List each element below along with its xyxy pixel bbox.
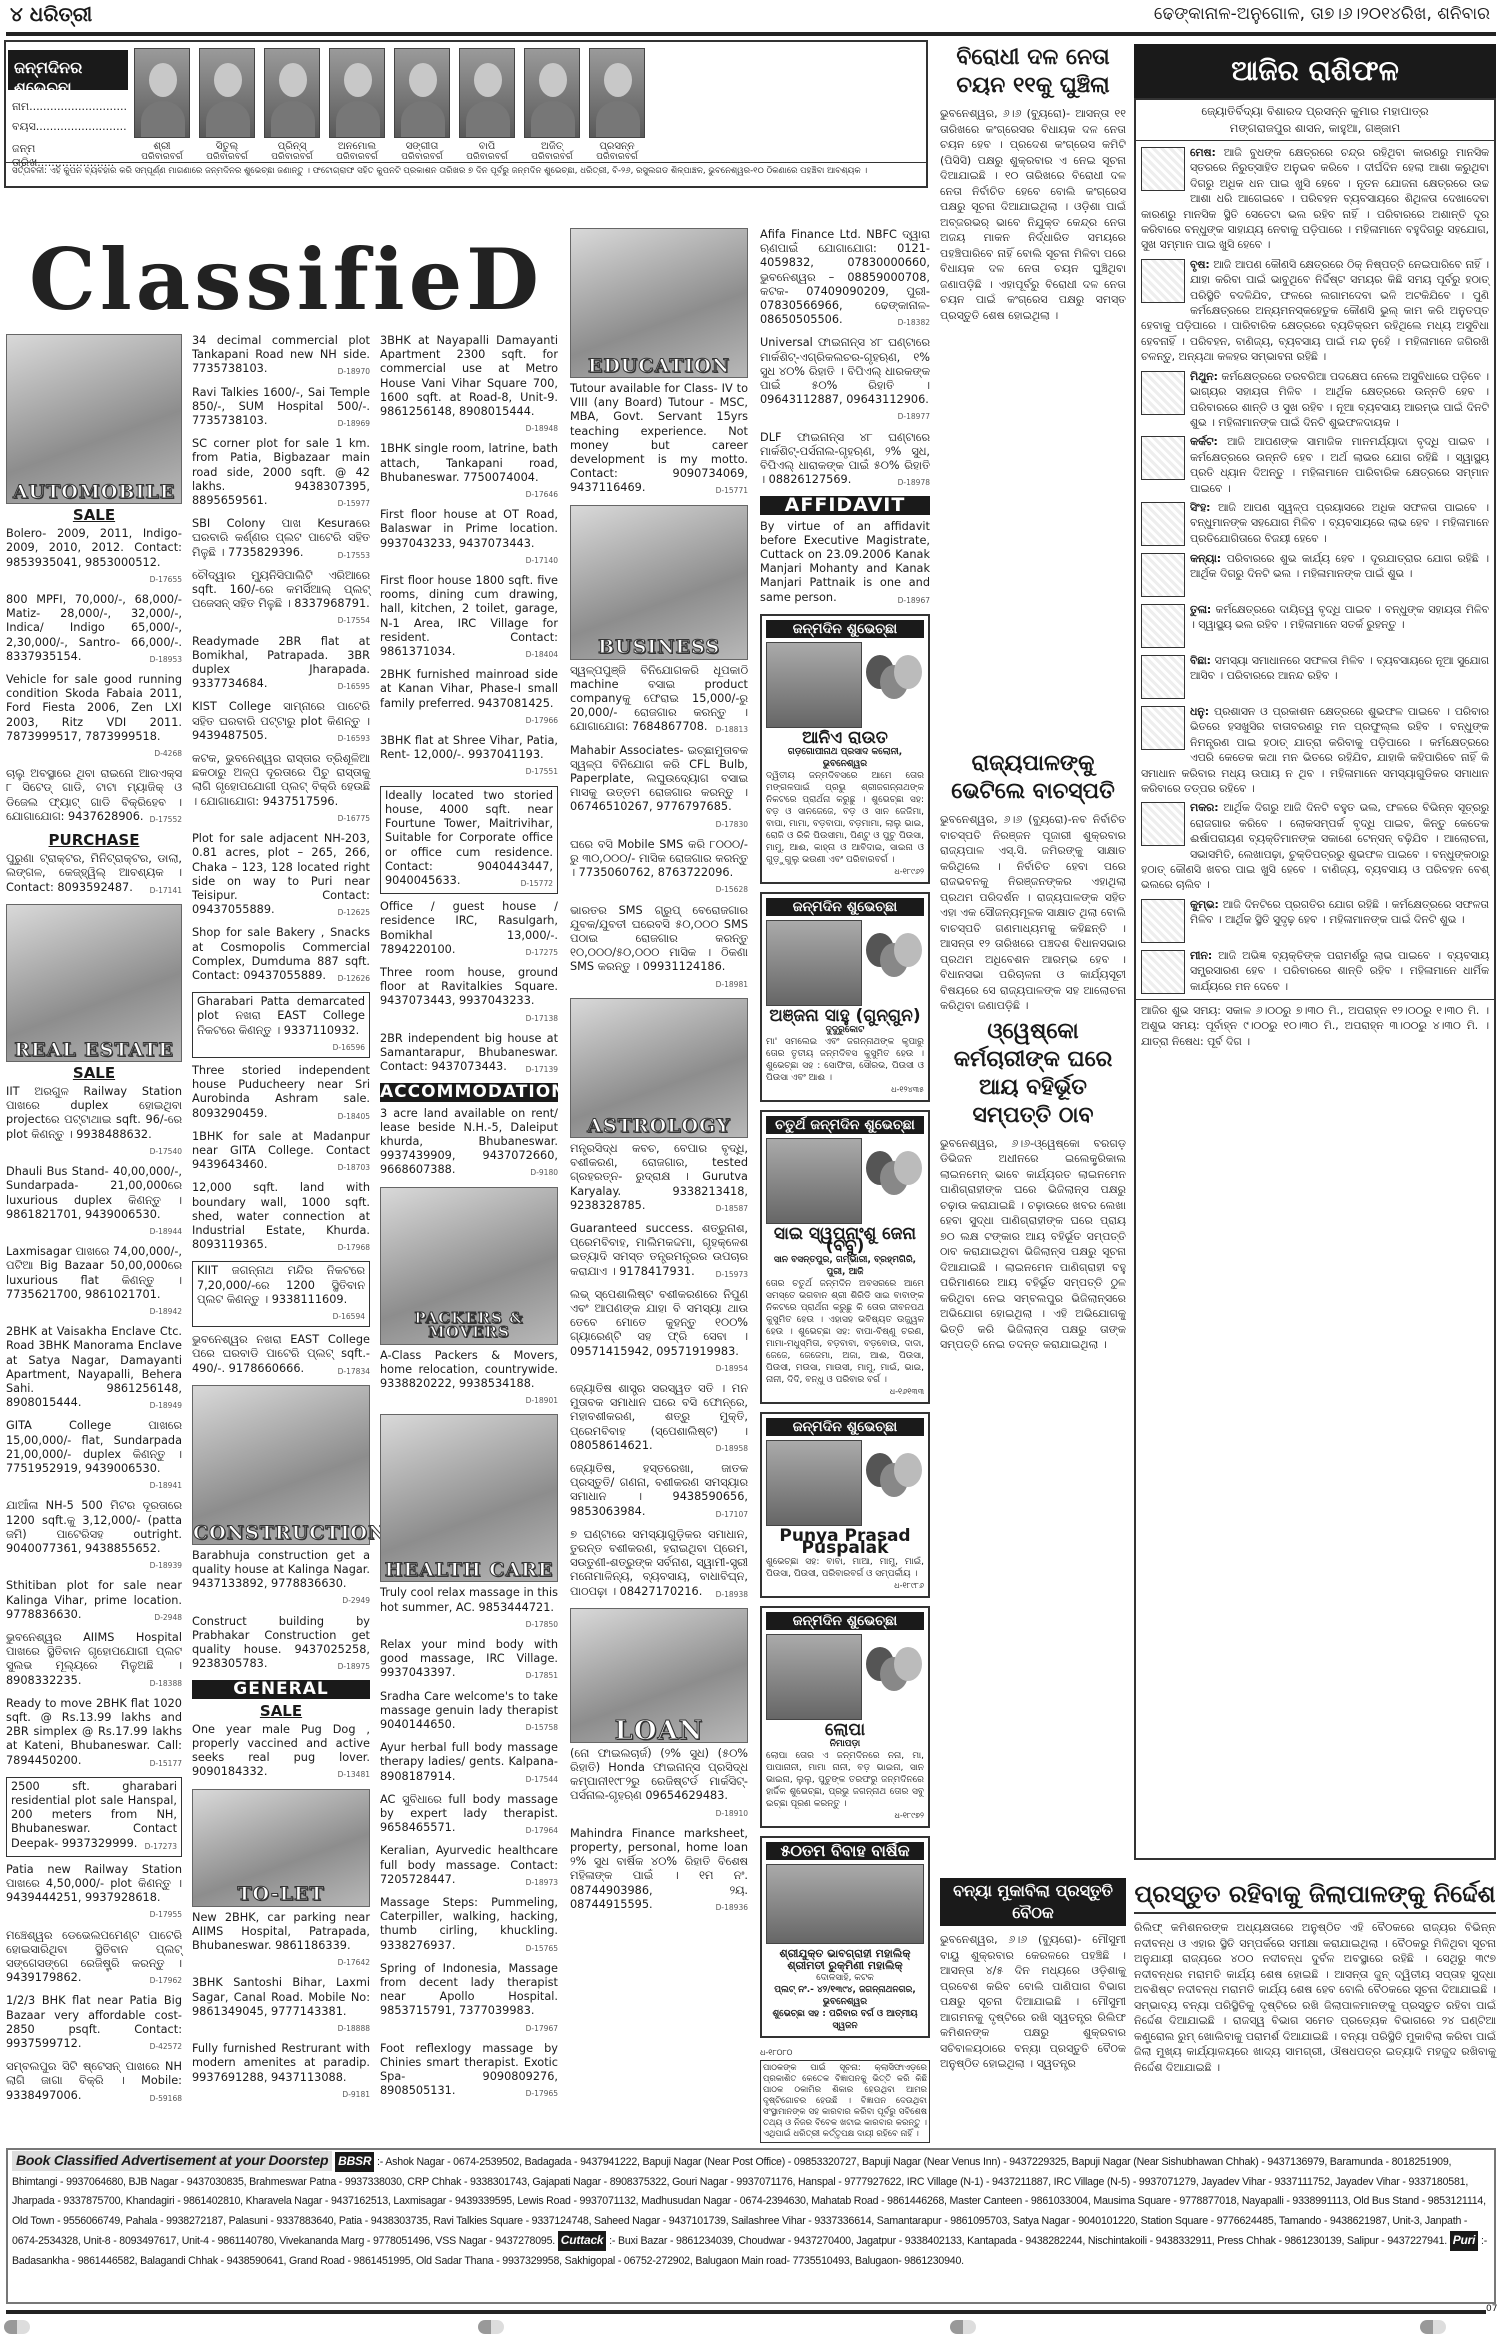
classified-ad: 3BHK at Nayapalli Damayanti Apartment 23… (380, 334, 558, 436)
headline-collectors-directive: ପ୍ରସ୍ତୁତ ରହିବାକୁ ଜିଲାପାଳଙ୍କୁ ନିର୍ଦ୍ଦେଶ (1134, 1876, 1496, 1914)
classified-ad: 3 acre land available on rent/ lease bes… (380, 1107, 558, 1181)
classified-ad: ଜ୍ୟୋତିଷ ଶାସ୍ତ୍ର ସରସ୍ୱତ ସତି । ମନ ମୁତାବକ ସ… (570, 1382, 748, 1456)
rashi-entry: ମେଷ: ଆଜି ବୁଧଙ୍କ କ୍ଷେତ୍ରରେ ଚନ୍ଦ୍ର ରହିଥିବା… (1136, 145, 1494, 253)
photo-family: ପରିବାରବର୍ଗ (524, 152, 580, 162)
portrait-photo (459, 48, 515, 138)
birthday-photo-card: ଅଜିତ୍ପରିବାରବର୍ଗ (524, 48, 580, 162)
rashi-entry: ମକର: ଆର୍ଥିକ ଦିଗରୁ ଆଜି ଦିନଟି ବହୁତ ଭଲ, ଫଳର… (1136, 800, 1494, 892)
classified-ad: Spring of Indonesia, Massage from decent… (380, 1962, 558, 2036)
child-photo (766, 642, 862, 728)
classified-ad: ଭୁବନେଶ୍ୱର AIIMS Hospital ପାଖରେ ସ୍ଥିତିବାନ… (6, 1631, 182, 1691)
ad-text: 2BHK furnished mainroad side at Kanan Vi… (380, 668, 558, 709)
rashi-name: ମକର: (1190, 801, 1219, 814)
ad-text: First floor house at OT Road, Balaswar i… (380, 508, 558, 549)
ad-code: D-9180 (530, 1166, 558, 1180)
anniversary-address: ପ୍ଲଟ୍ ନଂ.- ୪୨/୧୩୯୪, ଜଗନ୍ନାଥନଗର, ଭୁବନେଶ୍ୱ… (766, 1984, 924, 2008)
ad-code: D-18948 (526, 422, 558, 436)
classified-ad: Office / guest house / residence IRC, Ra… (380, 900, 558, 960)
balloons-icon (866, 655, 924, 715)
wish-name: ଅଞ୍ଜନା ସାହୁ (ଗୁନ୍‌ଗୁନ) (766, 1010, 924, 1022)
ad-text: (ନୋ ଫାଇଲଚାର୍ଜ) (୨% ସୁଧ) (୫୦% ରିହାତି) Hon… (570, 1747, 748, 1803)
classified-ad: First floor house 1800 sqft. five rooms,… (380, 574, 558, 662)
photo-name: ସଙ୍ଗୀତା (394, 141, 450, 152)
couple-photo (766, 1864, 924, 1944)
ad-code: D-17141 (150, 884, 182, 898)
rashi-text: କର୍ମକ୍ଷେତ୍ରରେ ଦାୟିତ୍ୱ ବୃଦ୍ଧି ପାଇବ । ବନ୍ଧ… (1190, 603, 1489, 631)
birthday-coupon: ଜନ୍ମଦିନର ଶୁଭେଚ୍ଛା ନାମ...................… (4, 40, 928, 188)
zodiac-sign-icon (1141, 553, 1185, 597)
ad-code: D-16593 (338, 732, 370, 746)
classified-ad: Plot for sale adjacent NH-203, 0.81 acre… (192, 832, 370, 920)
rashi-entry: ବୃଷ: ଆଜି ଆପଣ କୌଣସି କ୍ଷେତ୍ରରେ ଠିକ୍ ନିଷ୍ପତ… (1136, 257, 1494, 365)
classified-ad: Ayur herbal full body massage therapy la… (380, 1741, 558, 1787)
classified-ad: 2BHK at Vaisakha Enclave Ctc. Road 3BHK … (6, 1325, 182, 1413)
education-label: EDUCATION (571, 359, 747, 373)
top-rule (6, 32, 1496, 36)
anniversary-box: ୫୦ତମ ବିବାହ ବାର୍ଷିକ ଶ୍ରୀଯୁକ୍ତ ଭାବଗ୍ରାହୀ ମ… (760, 1836, 930, 2038)
classified-ad: Universal ଫାଇନାନ୍ସ ୪୮ ଘଣ୍ଟାରେ ମାର୍କଶିଟ୍-… (760, 336, 930, 424)
wish-title: ଚତୁର୍ଥ ଜନ୍ମଦିନ ଶୁଭେଚ୍ଛା (766, 1116, 924, 1134)
packers-image: PACKERS & MOVERS (380, 1187, 558, 1345)
classified-ad: ଭୁବନେଶ୍ୱର ନଖରା EAST College ପରେ ଘରବାଡି ପ… (192, 1333, 370, 1379)
rashi-name: ତୁଳା: (1190, 603, 1211, 616)
ad-code: D-17965 (526, 2087, 558, 2101)
ad-text: 3BHK Santoshi Bihar, Laxmi Sagar, Canal … (192, 1976, 370, 2017)
balloons-icon (866, 933, 924, 993)
birthday-photos: ଶ୍ରୀପରିବାରବର୍ଗସିତୁଲ୍ପରିବାରବର୍ଗପ୍ରିନ୍ସ୍ପର… (134, 48, 645, 162)
photo-family: ପରିବାରବର୍ଗ (134, 152, 190, 162)
ad-text: Spring of Indonesia, Massage from decent… (380, 1962, 558, 2018)
ad-code: D-18969 (338, 417, 370, 431)
birthday-photo-card: ଶ୍ରୀପରିବାରବର୍ଗ (134, 48, 190, 162)
rashi-text: ଆଜି ଆପଣ ସ୍ୱଳ୍ପ ପ୍ରୟାସରେ ଅଧିକ ସଫଳତା ପାଇବେ… (1190, 501, 1489, 545)
classified-ad: 1BHK for sale at Madanpur near GITA Coll… (192, 1130, 370, 1176)
classified-ad: Relax your mind body with good massage, … (380, 1638, 558, 1684)
classified-ad: One year male Pug Dog , properly vaccine… (192, 1723, 370, 1783)
classified-ad: New 2BHK, car parking near AIIMS Hospita… (192, 1911, 370, 1971)
zodiac-sign-icon (1141, 655, 1185, 699)
automobile-image: AUTOMOBILE (6, 334, 182, 504)
classified-ad: 12,000 sqft. land with boundary wall, 10… (192, 1181, 370, 1255)
ad-text: 3BHK at Nayapalli Damayanti Apartment 23… (380, 334, 558, 418)
dateline: ଢେଙ୍କାନାଳ-ଅନୁଗୋଳ, ତା୭।୬।୨୦୧୪ରିଖ, ଶନିବାର (1154, 4, 1490, 24)
rashi-text: ଆଜି ଅଭିଜ୍ଞ ବ୍ୟକ୍ତିଙ୍କ ପରାମର୍ଶରୁ ଲାଭ ପାଇବ… (1190, 949, 1489, 993)
story-wesco: ଭୁବନେଶ୍ୱର, ୬।୬-ଓ୍ୱେଷ୍କୋ ବରଗଡ଼ ଡିଭିଜନ ଅଧୀ… (940, 1136, 1126, 1806)
ad-text: Tutour available for Class- IV to VIII (… (570, 382, 748, 494)
classified-ad: IIT ଅରଗୁଳ Railway Station ପାଖରେ duplex ହ… (6, 1085, 182, 1159)
classified-ad: Tutour available for Class- IV to VIII (… (570, 382, 748, 499)
ad-text: Bolero- 2009, 2011, Indigo- 2009, 2010, … (6, 527, 182, 568)
classified-ad: 3BHK Santoshi Bihar, Laxmi Sagar, Canal … (192, 1976, 370, 2036)
ad-code: D-17138 (526, 1012, 558, 1026)
ad-text: Barabhuja construction get a quality hou… (192, 1549, 370, 1590)
ad-code: D-17139 (526, 1063, 558, 1077)
rashi-entry: ତୁଳା: କର୍ମକ୍ଷେତ୍ରରେ ଦାୟିତ୍ୱ ବୃଦ୍ଧି ପାଇବ … (1136, 602, 1494, 649)
sale-heading-2: SALE (6, 1066, 182, 1080)
column-finance-wishes: Afifa Finance Ltd. NBFC ଦ୍ୱାରା ଋଣପାଇଁ ଯୋ… (760, 228, 930, 2143)
ad-code: D-4268 (154, 747, 182, 761)
ad-code: D-17830 (716, 818, 748, 832)
page-number: 07 (1486, 2304, 1497, 2314)
birthday-wish-box: ଜନ୍ମଦିନ ଶୁଭେଚ୍ଛାPunya Prasad Puspalakଶୁଭ… (760, 1412, 930, 1598)
masthead: ୪ ଧରିତ୍ରୀ ଢେଙ୍କାନାଳ-ଅନୁଗୋଳ, ତା୭।୬।୨୦୧୪ରି… (6, 0, 1494, 34)
classified-ad: ଯାଆଁଳା NH-5 500 ମିଟର ଦୂରତାରେ 1200 sqft.କ… (6, 1499, 182, 1573)
anniversary-wish: ଶୁଭେଚ୍ଛା ସହ : ପରିବାର ବର୍ଗ ଓ ଆତ୍ମୀୟ ସ୍ୱଜନ (766, 2008, 924, 2032)
classified-ad: Three room house, ground floor at Ravita… (380, 966, 558, 1026)
ad-code: D-17273 (145, 1840, 177, 1854)
ad-code: D-18967 (898, 594, 930, 608)
rashifal-byline: ଜ୍ୟୋତିର୍ବିଦ୍ୟା ବିଶାରଦ ପ୍ରସନ୍ନ କୁମାର ମହାପ… (1136, 100, 1494, 141)
ad-text: Mahabir Associates- ଇଚ୍ଛାମୁତାବକ ସ୍ୱଳ୍ପ ବ… (570, 744, 748, 814)
birthday-photo-card: ସଙ୍ଗୀତାପରିବାରବର୍ଗ (394, 48, 450, 162)
zodiac-sign-icon (1141, 259, 1185, 303)
ad-code: D-18978 (898, 476, 930, 490)
ad-code: D-12625 (338, 906, 370, 920)
ad-code: D-15758 (526, 1721, 558, 1735)
zodiac-sign-icon (1141, 899, 1185, 943)
ad-code: D-18404 (526, 648, 558, 662)
loan-label: LOAN (571, 1724, 747, 1738)
classified-ad: Shop for sale Bakery , Snacks at Cosmopo… (192, 926, 370, 986)
wish-title: ଜନ୍ମଦିନ ଶୁଭେଚ୍ଛା (766, 1418, 924, 1436)
ad-code: D-17540 (150, 1145, 182, 1159)
rashi-text: ଆଜି ଦିନଟିରେ ପ୍ରଗତିର ଯୋଗ ରହିଛି । କର୍ମକ୍ଷେ… (1190, 898, 1489, 926)
ad-code: D-18388 (150, 1677, 182, 1691)
healthcare-image: HEALTH CARE (380, 1414, 558, 1582)
ad-code: D-16594 (333, 1310, 365, 1324)
ad-code: D-17140 (526, 554, 558, 568)
construction-label: CONSTRUCTION (193, 1526, 369, 1540)
wish-message: ମା' ସମଲେଇ ଏବଂ ଜଗନ୍ନାଥଙ୍କ କୃପାରୁ ତୋର ତୃତୀ… (766, 1036, 924, 1084)
rashi-name: ଧନୁ: (1190, 705, 1209, 718)
wish-name: ସାଇ ସ୍ୱପ୍ନାଂଶୁ ଜେନା (ବବୁ) (766, 1228, 924, 1252)
child-photo (766, 1634, 862, 1720)
classified-ad: Guaranteed success. ଶତ୍ରୁନାଶ, ପ୍ରେମବିବାହ… (570, 1222, 748, 1282)
headline-wesco: ଓ୍ୱେଷ୍କୋ କର୍ମଚାରୀଙ୍କ ଘରେ ଆୟ ବହିର୍ଭୂତ ସମ୍… (940, 1018, 1126, 1130)
ad-code: D-15177 (150, 1757, 182, 1771)
classified-ad: ଭାରତର SMS ଗ୍ରୁପ୍ ବେରୋଜଗାର ଯୁବକ/ଯୁବତୀ ଘରେ… (570, 904, 748, 992)
classified-ad: ଲଭ୍ ସ୍ପେଶାଲିଷ୍ଟ ବଶୀକରଣରେ ନିପୁଣ ଏବଂ ଆପଣଙ୍… (570, 1288, 748, 1376)
ad-code: D-17851 (526, 1669, 558, 1683)
classified-ad: କଟକ, ଭୁବନେଶ୍ୱର ରାସ୍ତାର ତ୍ରିଶୂଳିଆ ଛକଠାରୁ … (192, 752, 370, 826)
classified-ad: 3BHK flat at Shree Vihar, Patia, Rent- 1… (380, 734, 558, 780)
rashi-name: କର୍କଟ: (1190, 435, 1218, 448)
bottom-rule (6, 2310, 1486, 2314)
ad-code: D-17642 (338, 1956, 370, 1970)
ad-text: ଚୌଦ୍ୱାର ମ୍ୟୁନିସିପାଲିଟି ଏରିଆରେ sqft. 160/… (192, 569, 370, 610)
ad-code: D-17655 (150, 573, 182, 587)
ad-code: D-15765 (526, 1942, 558, 1956)
ad-code: D-18977 (898, 410, 930, 424)
classified-ad: DLF ଫାଇନାନ୍ସ ୪୮ ଘଣ୍ଟାରେ ମାର୍କଶିଟ୍-ପର୍ସନା… (760, 431, 930, 491)
wish-name: Punya Prasad Puspalak (766, 1530, 924, 1554)
birthday-photo-card: ପ୍ରସନ୍ନପରିବାରବର୍ଗ (589, 48, 645, 162)
rashi-entry: ମିଥୁନ: କର୍ମକ୍ଷେତ୍ରରେ ତରବରିଆ ପଦକ୍ଷେପ ନେଲେ… (1136, 369, 1494, 431)
classified-ad: Barabhuja construction get a quality hou… (192, 1549, 370, 1609)
portrait-photo (134, 48, 190, 138)
ad-code: D-15772 (521, 877, 553, 891)
wish-place: ସାନ ବସନ୍ତପୁର, ଗମ୍ଭାରୀ, ବ୍ରହ୍ମଗିରି, ପୁରୀ,… (766, 1254, 924, 1278)
ad-code: D-18901 (526, 1394, 558, 1408)
sale-heading: SALE (6, 508, 182, 522)
ad-text: KIIT ଜଗନ୍ନାଥ ମନ୍ଦିର ନିକଟରେ 7,20,000/-ରେ … (197, 1264, 365, 1305)
realestate-label: REAL ESTATE (7, 1043, 181, 1057)
child-photo (766, 920, 862, 1006)
photo-name: ଶ୍ରୀ (134, 141, 190, 152)
headline-opposition-leader: ବିରୋଧୀ ଦଳ ନେତା ଚୟନ ୧୧କୁ ଘୁଞ୍ଚିଲା (940, 44, 1126, 100)
business-label: BUSINESS (571, 640, 747, 654)
classified-ad: Three storied independent house Puduchee… (192, 1064, 370, 1124)
classified-ad: SC corner plot for sale 1 km. from Patia… (192, 437, 370, 511)
ad-text: Gharabari Patta demarcated plot ନଖରା EAS… (197, 995, 365, 1036)
classified-ad: Sthitiban plot for sale near Kalinga Vih… (6, 1579, 182, 1625)
classified-ad: KIIT ଜଗନ୍ନାଥ ମନ୍ଦିର ନିକଟରେ 7,20,000/-ରେ … (192, 1261, 370, 1327)
ad-text: GITA College ପାଖରେ 15,00,000/- flat, Sun… (6, 1419, 182, 1475)
astrology-image: ASTROLOGY (570, 998, 748, 1138)
page-label: ୪ ଧରିତ୍ରୀ (10, 2, 92, 26)
ad-code: D-18703 (338, 1161, 370, 1175)
classified-ad: KIST College ସାମ୍ନାରେ ପାଟେରି ସହିତ ଘରବାରି… (192, 700, 370, 746)
ad-text: ଭାରତର SMS ଗ୍ରୁପ୍ ବେରୋଜଗାର ଯୁବକ/ଯୁବତୀ ଘରେ… (570, 904, 748, 974)
ad-code: D-17955 (150, 1908, 182, 1922)
wish-code: ଧ-୧୮୯୭୨ (766, 1810, 924, 1822)
city-label: Cuttack (558, 2231, 607, 2251)
rashi-name: ମେଷ: (1190, 146, 1216, 159)
ad-code: D-15628 (716, 883, 748, 897)
ad-code: D-17107 (716, 1508, 748, 1522)
ad-text: Fully furnished Restrurant with modern a… (192, 2042, 370, 2083)
loan-image: LOAN (570, 1608, 748, 1743)
classified-ad: ଘରେ ବସି Mobile SMS କରି ୮୦୦୦/- ରୁ ୩୦,୦୦୦/… (570, 838, 748, 898)
ad-code: D-17275 (526, 946, 558, 960)
news-column: ବିରୋଧୀ ଦଳ ନେତା ଚୟନ ୧୧କୁ ଘୁଞ୍ଚିଲା ଭୁବନେଶ୍… (940, 40, 1126, 1806)
zodiac-sign-icon (1141, 502, 1185, 546)
city-entries: Buxi Bazar - 9861234039, Choudwar - 9437… (618, 2235, 1447, 2247)
registration-marks (0, 2320, 1500, 2339)
rashi-text: ଆଜି ଆପଣ କୌଣସି କ୍ଷେତ୍ରରେ ଠିକ୍ ନିଷ୍ପତ୍ତି ନ… (1141, 258, 1489, 363)
classified-ad: Sradha Care welcome's to take massage ge… (380, 1690, 558, 1736)
rashi-entry: କନ୍ୟା: ପରିବାରରେ ଶୁଭ କାର୍ଯ୍ୟ ହେବ । ଦୂରଯାତ… (1136, 551, 1494, 598)
story-collectors-directive: ରିଲିଫ୍ କମିଶନରଙ୍କ ଅଧ୍ୟକ୍ଷତାରେ ଅନୁଷ୍ଠିତ ଏହ… (1134, 1920, 1496, 2075)
rashi-text: ଆଜି ବୁଧଙ୍କ କ୍ଷେତ୍ରରେ ଚନ୍ଦ୍ର ରହିଥିବା କାରଣ… (1141, 146, 1489, 251)
rashi-text: ଆଜି ଆପଣଙ୍କ ସାମାଜିକ ମାନମର୍ଯ୍ୟାଦା ବୃଦ୍ଧି ପ… (1190, 435, 1489, 494)
classified-ad: 34 decimal commercial plot Tankapani Roa… (192, 334, 370, 380)
ad-code: D-18954 (716, 1362, 748, 1376)
classified-ad: ମନ୍ତ୍ରସିଦ୍ଧ କବଚ, ବେପାର ବୃଦ୍ଧି, ବଶୀକରଣ, ର… (570, 1142, 748, 1216)
city-label: BBSR (335, 2152, 374, 2172)
classified-ad: ଜ୍ୟୋତିଷ, ହସ୍ତରେଖା, ଜାତକ ପ୍ରସ୍ତୁତି/ ଗଣନା,… (570, 1462, 748, 1522)
rashi-name: କୁମ୍ଭ: (1190, 898, 1219, 911)
tolet-label: TO-LET (193, 1887, 369, 1901)
classified-ad: Ready to move 2BHK flat 1020 sqft. @ Rs.… (6, 1697, 182, 1771)
classified-ad: Patia new Railway Station ପାଖରେ 4,50,000… (6, 1863, 182, 1923)
wish-title: ଜନ୍ମଦିନ ଶୁଭେଚ୍ଛା (766, 898, 924, 916)
flood-story-left: ବନ୍ୟା ମୁକାବିଲା ପ୍ରସ୍ତୁତି ବୈଠକ ଭୁବନେଶ୍ୱର,… (940, 1874, 1126, 2072)
ad-code: D-17554 (338, 614, 370, 628)
photo-family: ପରିବାରବର୍ଗ (199, 152, 255, 162)
birthday-photo-card: ସିତୁଲ୍ପରିବାରବର୍ଗ (199, 48, 255, 162)
ad-code: D-17553 (338, 549, 370, 563)
ad-code: D-16595 (338, 680, 370, 694)
photo-family: ପରିବାରବର୍ଗ (264, 152, 320, 162)
accommodation-heading: ACCOMMODATION (380, 1083, 558, 1101)
wish-place: ନିମାପଡ଼ା (766, 1738, 924, 1750)
photo-name: ଅନମୋଲ (329, 141, 385, 152)
ad-code: D-15771 (716, 484, 748, 498)
wish-code: ଧ-୧୨୪୩୫ (766, 1084, 924, 1096)
ad-code: D-17966 (526, 714, 558, 728)
ad-text: First floor house 1800 sqft. five rooms,… (380, 574, 558, 658)
ad-code: D-18953 (150, 653, 182, 667)
ad-text: By virtue of an affidavit before Executi… (760, 520, 930, 604)
ad-code: D-17967 (526, 2022, 558, 2036)
ad-code: D-16596 (333, 1041, 365, 1055)
ad-code: D-18813 (716, 723, 748, 737)
photo-name: ପ୍ରସନ୍ନ (589, 141, 645, 152)
classified-ad: Dhauli Bus Stand- 40,00,000/-, Sundarpad… (6, 1165, 182, 1239)
ad-text: 3BHK flat at Shree Vihar, Patia, Rent- 1… (380, 734, 558, 761)
birthday-photo-card: ବାପିପରିବାରବର୍ଗ (459, 48, 515, 162)
ad-text: Patia new Railway Station ପାଖରେ 4,50,000… (6, 1863, 182, 1904)
classified-ad: Massage Steps: Pummeling, Caterpiller, w… (380, 1896, 558, 1956)
ad-code: D-13481 (338, 1768, 370, 1782)
ad-code: D-17962 (150, 1974, 182, 1988)
zodiac-sign-icon (1141, 802, 1185, 846)
education-image: EDUCATION (570, 228, 748, 378)
classified-ad: ସମ୍ବଲପୁର ସିଟି ଷ୍ଟେସନ୍ ପାଖରେ NH ଲାଗି ଜାଗା… (6, 2060, 182, 2106)
ad-code: D-18958 (716, 1442, 748, 1456)
reader-disclaimer: ପାଠକଙ୍କ ପାଇଁ ସୂଚନା: କ୍ଲାସିଫାଏଡ଼ରେ ପ୍ରକାଶ… (760, 2060, 930, 2143)
coupon-title: ଜନ୍ମଦିନର ଶୁଭେଚ୍ଛା (8, 50, 128, 90)
story-speaker-governor: ଭୁବନେଶ୍ୱର, ୬।୬ (ବ୍ୟୁରୋ)-ନବ ନିର୍ବାଚିତ ବାଚ… (940, 812, 1126, 1014)
ad-code: D-18382 (898, 316, 930, 330)
ad-code: D-2948 (154, 1611, 182, 1625)
ad-text: 2BHK at Vaisakha Enclave Ctc. Road 3BHK … (6, 1325, 182, 1409)
classified-ad: 1BHK single room, latrine, bath attach, … (380, 442, 558, 502)
ad-code: D-17544 (526, 1773, 558, 1787)
photo-name: ସିତୁଲ୍ (199, 141, 255, 152)
name-field: ନାମ............................ (12, 100, 128, 114)
classified-ad: SBI Colony ପାଖ Kesuraରେ ଘରବାରି କର୍ଣ୍ଣର ପ… (192, 517, 370, 563)
birthday-wish-box: ଚତୁର୍ଥ ଜନ୍ମଦିନ ଶୁଭେଚ୍ଛାସାଇ ସ୍ୱପ୍ନାଂଶୁ ଜେ… (760, 1110, 930, 1404)
rashi-entry: କର୍କଟ: ଆଜି ଆପଣଙ୍କ ସାମାଜିକ ମାନମର୍ଯ୍ୟାଦା ବ… (1136, 434, 1494, 496)
construction-image: CONSTRUCTION (192, 1385, 370, 1545)
zodiac-sign-icon (1141, 436, 1185, 480)
classified-ad: ପୁରୁଣା ଟ୍ରାକ୍ଟର, ମିନିଟ୍ରାକ୍ଟର, ଡାଲା, ଲଙ୍… (6, 852, 182, 898)
ad-code: D-17646 (526, 488, 558, 502)
rashi-text: ଆର୍ଥିକ ଦିଗରୁ ଆଜି ଦିନଟି ବହୁତ ଭଲ, ଫଳରେ ବିଭ… (1141, 801, 1489, 891)
ad-text: 1BHK single room, latrine, bath attach, … (380, 442, 558, 483)
astrologer-name: ଜ୍ୟୋତିର୍ବିଦ୍ୟା ବିଶାରଦ ପ୍ରସନ୍ନ କୁମାର ମହାପ… (1136, 103, 1494, 120)
rashi-name: ବିଛା: (1190, 654, 1211, 667)
zodiac-sign-icon (1141, 706, 1185, 750)
classified-ad: Fully furnished Restrurant with modern a… (192, 2042, 370, 2102)
ad-code: D-17850 (526, 1618, 558, 1632)
classified-ad: AC ସୁବିଧାରେ full body massage by expert … (380, 1793, 558, 1839)
city-entries: Badasankha - 9861446582, Balagandi Chhak… (12, 2255, 964, 2267)
classified-ad: GITA College ପାଖରେ 15,00,000/- flat, Sun… (6, 1419, 182, 1493)
ad-code: D-17968 (338, 1241, 370, 1255)
classified-ad: Gharabari Patta demarcated plot ନଖରା EAS… (192, 992, 370, 1058)
ad-text: ଲଭ୍ ସ୍ପେଶାଲିଷ୍ଟ ବଶୀକରଣରେ ନିପୁଣ ଏବଂ ଆପଣଙ୍… (570, 1288, 748, 1358)
portrait-photo (589, 48, 645, 138)
classified-ad: (ନୋ ଫାଇଲଚାର୍ଜ) (୨% ସୁଧ) (୫୦% ରିହାତି) Hon… (570, 1747, 748, 1821)
classified-ad: Mahabir Associates- ଇଚ୍ଛାମୁତାବକ ସ୍ୱଳ୍ପ ବ… (570, 744, 748, 832)
wish-photo-row (766, 1440, 924, 1526)
affidavit-heading: AFFIDAVIT (760, 496, 930, 514)
ad-code: D-18405 (338, 1110, 370, 1124)
rashi-entry: ସିଂହ: ଆଜି ଆପଣ ସ୍ୱଳ୍ପ ପ୍ରୟାସରେ ଅଧିକ ସଫଳତା… (1136, 500, 1494, 547)
general-sale-heading: SALE (192, 1704, 370, 1718)
ad-text: Dhauli Bus Stand- 40,00,000/-, Sundarpad… (6, 1165, 182, 1221)
ad-text: Truly cool relax massage in this hot sum… (380, 1586, 558, 1613)
photo-name: ପ୍ରିନ୍ସ୍ (264, 141, 320, 152)
ad-text: Laxmisagar ପାଖରେ 74,00,000/-, ପଟିଆ Big B… (6, 1245, 182, 1301)
portrait-photo (264, 48, 320, 138)
ad-text: Three room house, ground floor at Ravita… (380, 966, 558, 1007)
ad-text: ଯାଆଁଳା NH-5 500 ମିଟର ଦୂରତାରେ 1200 sqft.କ… (6, 1499, 182, 1555)
classified-ad: Laxmisagar ପାଖରେ 74,00,000/-, ପଟିଆ Big B… (6, 1245, 182, 1319)
rashifal-box: ଜ୍ୟୋତିର୍ବିଦ୍ୟା ବିଶାରଦ ପ୍ରସନ୍ନ କୁମାର ମହାପ… (1134, 98, 1496, 1860)
wish-photo-row (766, 1138, 924, 1224)
rashi-name: ବୃଷ: (1190, 258, 1210, 271)
ad-code: D-42572 (150, 2040, 182, 2054)
wish-name: ଲୋପା (766, 1724, 924, 1736)
birthday-wish-box: ଜନ୍ମଦିନ ଶୁଭେଚ୍ଛାଅଞ୍ଜନା ସାହୁ (ଗୁନ୍‌ଗୁନ)ଦୁ… (760, 892, 930, 1102)
packers-label: PACKERS & MOVERS (381, 1311, 557, 1339)
classified-ad: Vehicle for sale good running condition … (6, 673, 182, 761)
wish-place: ଗଡ଼ଗୋପୀନାଥ ପ୍ରସାଦ କଲୋନୀ, ଭୁବନେଶ୍ୱର (766, 746, 924, 770)
zodiac-sign-icon (1141, 950, 1185, 994)
rashi-name: ମିଥୁନ: (1190, 370, 1218, 383)
realestate-image: REAL ESTATE (6, 904, 182, 1062)
ad-code: D-18973 (526, 1876, 558, 1890)
classified-ad: A-Class Packers & Movers, home relocatio… (380, 1349, 558, 1409)
ad-code: D-18944 (150, 1225, 182, 1239)
ad-text: ଘରେ ବସି Mobile SMS କରି ୮୦୦୦/- ରୁ ୩୦,୦୦୦/… (570, 838, 748, 879)
ad-code: D-18941 (150, 1479, 182, 1493)
rashi-text: ପରିବାରରେ ଶୁଭ କାର୍ଯ୍ୟ ହେବ । ଦୂରଯାତ୍ରାର ଯୋ… (1190, 552, 1489, 580)
rashi-text: ସମସ୍ୟା ସମାଧାନରେ ସଫଳତା ମିଳିବ । ବ୍ୟବସାୟରେ … (1190, 654, 1489, 682)
rashifal-title: ଆଜିର ରାଶିଫଳ (1134, 44, 1496, 98)
ad-code: D-18888 (338, 2022, 370, 2036)
classified-ad: Construct building by Prabhakar Construc… (192, 1615, 370, 1675)
ad-code: D-15973 (716, 1268, 748, 1282)
ad-code: D-18970 (338, 365, 370, 379)
classified-ad: Bolero- 2009, 2011, Indigo- 2009, 2010, … (6, 527, 182, 587)
birthday-wish-box: ଜନ୍ମଦିନ ଶୁଭେଚ୍ଛାଆନିଏ ରାଉତଗଡ଼ଗୋପୀନାଥ ପ୍ରସ… (760, 614, 930, 884)
classified-ad: 1/2/3 BHK flat near Patia Big Bazaar ver… (6, 1994, 182, 2054)
story-flood-prep: ଭୁବନେଶ୍ୱର, ୬।୬ (ବ୍ୟୁରୋ)- ମୌସୁମୀ ବାୟୁ ଶୁକ… (940, 1932, 1126, 2072)
ad-code: D-59168 (150, 2092, 182, 2106)
birthday-photo-card: ଅନମୋଲପରିବାରବର୍ଗ (329, 48, 385, 162)
wish-code: ଧ-୧୬୧୩୩ (766, 1386, 924, 1398)
ad-code: D-18975 (338, 1660, 370, 1674)
ad-text: A-Class Packers & Movers, home relocatio… (380, 1349, 558, 1390)
rashi-entry: ମୀନ: ଆଜି ଅଭିଜ୍ଞ ବ୍ୟକ୍ତିଙ୍କ ପରାମର୍ଶରୁ ଲାଭ… (1136, 948, 1494, 995)
ad-code: D-18587 (716, 1202, 748, 1216)
ad-code: D-9181 (342, 2088, 370, 2102)
child-photo (766, 1440, 862, 1526)
column-automobile-realestate: AUTOMOBILE SALE Bolero- 2009, 2011, Indi… (6, 334, 182, 2112)
anniversary-place: ଦୋଳସାହି, କଟକ (766, 1972, 924, 1984)
photo-family: ପରିବାରବର୍ଗ (329, 152, 385, 162)
portrait-photo (329, 48, 385, 138)
ad-code: D-18942 (150, 1305, 182, 1319)
portrait-photo (524, 48, 580, 138)
ad-code: D-18938 (716, 1588, 748, 1602)
ad-code: D-15977 (338, 497, 370, 511)
